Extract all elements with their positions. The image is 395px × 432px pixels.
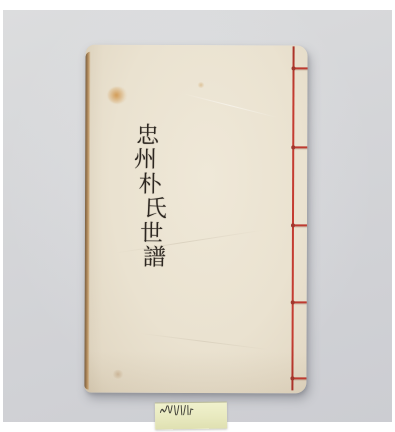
title-char: 忠: [136, 125, 159, 149]
title-char: 州: [134, 149, 157, 173]
binding-stitch: [293, 67, 308, 69]
title-char: 氏: [143, 198, 167, 222]
cover-stain-lower: [112, 370, 123, 379]
cover-stain: [107, 87, 127, 104]
binding-stitch: [292, 224, 307, 226]
paper-crease: [182, 93, 279, 119]
title-char: 世: [140, 223, 163, 247]
title-char: 譜: [143, 247, 166, 271]
book-title-calligraphy: 忠 州 朴 氏 世 譜: [133, 125, 167, 271]
genealogy-book-cover: 忠 州 朴 氏 世 譜: [84, 45, 307, 394]
binding-stitch: [292, 301, 307, 303]
binding-thread-vertical: [291, 46, 294, 390]
photo-backdrop: 忠 州 朴 氏 世 譜: [3, 10, 392, 422]
catalog-sticker: [155, 401, 227, 429]
title-char: 朴: [139, 174, 162, 198]
binding-stitch: [292, 146, 307, 148]
cover-speck: [197, 82, 204, 88]
handwriting-scribble-icon: [159, 405, 203, 416]
paper-crease: [140, 333, 269, 350]
page-fore-edge: [84, 52, 90, 390]
binding-stitch: [291, 377, 306, 379]
